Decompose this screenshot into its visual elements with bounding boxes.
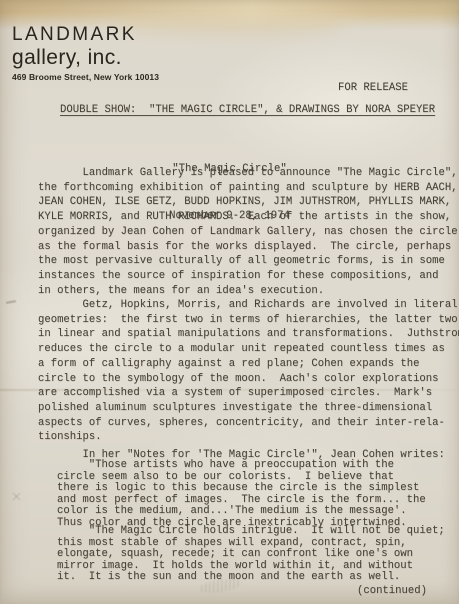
gallery-name-line1: LANDMARK xyxy=(12,24,159,46)
gallery-address: 469 Broome Street, New York 10013 xyxy=(12,72,159,82)
continued-label: (continued) xyxy=(357,585,427,597)
press-release-page: LANDMARK gallery, inc. 469 Broome Street… xyxy=(0,0,459,604)
letterhead: LANDMARK gallery, inc. 469 Broome Street… xyxy=(12,24,159,82)
headline: DOUBLE SHOW: "THE MAGIC CIRCLE", & DRAWI… xyxy=(60,104,435,117)
headline-text: DOUBLE SHOW: "THE MAGIC CIRCLE", & DRAWI… xyxy=(60,104,435,116)
for-release-label: FOR RELEASE xyxy=(338,82,408,94)
block-quote-1: "Those artists who have a preoccupation … xyxy=(57,460,426,529)
gallery-name-line2: gallery, inc. xyxy=(12,46,159,70)
pencil-dash-mark xyxy=(6,300,16,304)
body-paragraph-1: Landmark Gallery is pleased to announce … xyxy=(38,166,458,298)
pencil-x-mark xyxy=(12,493,21,500)
block-quote-2: "The Magic Circle holds intrigue. It wil… xyxy=(57,526,445,584)
body-paragraph-2: Getz, Hopkins, Morris, and Richards are … xyxy=(38,298,459,445)
